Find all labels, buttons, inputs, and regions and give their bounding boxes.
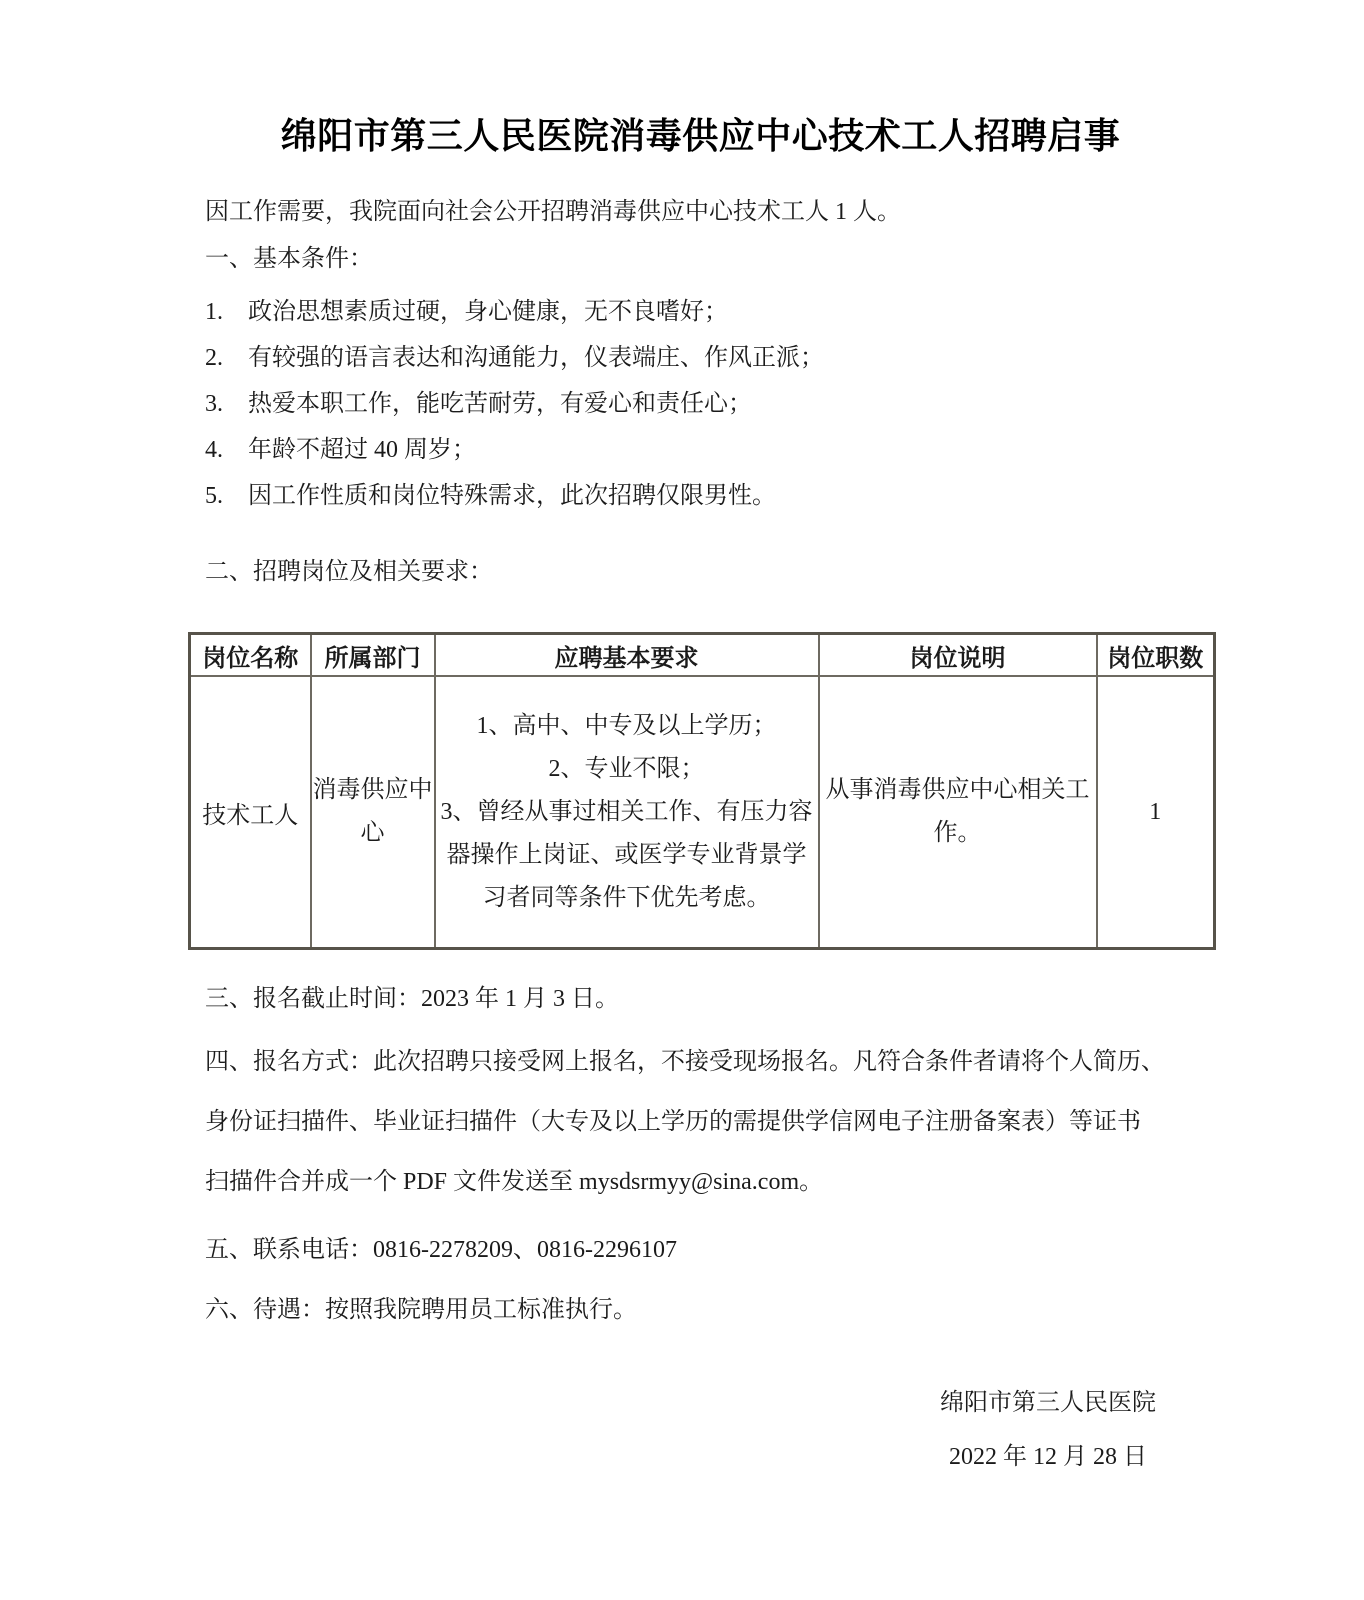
application-line: 四、报名方式：此次招聘只接受网上报名，不接受现场报名。凡符合条件者请将个人简历、: [205, 1032, 1213, 1092]
list-item-number: 2.: [205, 335, 248, 381]
table-row: 技术工人 消毒供应中心 1、高中、中专及以上学历； 2、专业不限； 3、曾经从事…: [190, 676, 1215, 949]
page-title: 绵阳市第三人民医院消毒供应中心技术工人招聘启事: [188, 0, 1213, 160]
application-line: 扫描件合并成一个 PDF 文件发送至 mysdsrmyy@sina.com。: [205, 1152, 1213, 1212]
table-header-row: 岗位名称 所属部门 应聘基本要求 岗位说明 岗位职数: [190, 634, 1215, 677]
list-item-text: 因工作性质和岗位特殊需求，此次招聘仅限男性。: [248, 483, 776, 509]
signature-org: 绵阳市第三人民医院: [898, 1376, 1198, 1430]
list-item-number: 5.: [205, 473, 248, 519]
list-item-text: 年龄不超过 40 周岁；: [248, 437, 476, 463]
basic-conditions-heading: 一、基本条件：: [188, 236, 1213, 282]
basic-conditions-list: 1.政治思想素质过硬，身心健康，无不良嗜好； 2.有较强的语言表达和沟通能力，仪…: [188, 289, 1213, 519]
application-method-paragraph: 四、报名方式：此次招聘只接受网上报名，不接受现场报名。凡符合条件者请将个人简历、…: [188, 1032, 1213, 1212]
cell-requirements: 1、高中、中专及以上学历； 2、专业不限； 3、曾经从事过相关工作、有压力容器操…: [435, 676, 819, 949]
signature-date: 2022 年 12 月 28 日: [898, 1430, 1198, 1484]
list-item-text: 有较强的语言表达和沟通能力，仪表端庄、作风正派；: [248, 345, 824, 371]
positions-table: 岗位名称 所属部门 应聘基本要求 岗位说明 岗位职数 技术工人 消毒供应中心 1…: [188, 632, 1216, 950]
col-header-headcount: 岗位职数: [1097, 634, 1215, 677]
cell-headcount: 1: [1097, 676, 1215, 949]
requirement-item: 3、曾经从事过相关工作、有压力容器操作上岗证、或医学专业背景学习者同等条件下优先…: [436, 791, 818, 920]
deadline-paragraph: 三、报名截止时间：2023 年 1 月 3 日。: [188, 976, 1213, 1022]
col-header-position-name: 岗位名称: [190, 634, 311, 677]
list-item-text: 热爱本职工作，能吃苦耐劳，有爱心和责任心；: [248, 391, 752, 417]
list-item: 2.有较强的语言表达和沟通能力，仪表端庄、作风正派；: [205, 335, 1213, 381]
requirement-item: 1、高中、中专及以上学历；: [436, 705, 818, 748]
document-content: 绵阳市第三人民医院消毒供应中心技术工人招聘启事 因工作需要，我院面向社会公开招聘…: [188, 0, 1213, 1484]
contact-phone-paragraph: 五、联系电话：0816-2278209、0816-2296107: [188, 1220, 1213, 1280]
list-item: 4.年龄不超过 40 周岁；: [205, 427, 1213, 473]
col-header-department: 所属部门: [311, 634, 435, 677]
col-header-description: 岗位说明: [819, 634, 1097, 677]
requirement-item: 2、专业不限；: [436, 748, 818, 791]
cell-description: 从事消毒供应中心相关工作。: [819, 676, 1097, 949]
list-item: 5.因工作性质和岗位特殊需求，此次招聘仅限男性。: [205, 473, 1213, 519]
cell-department: 消毒供应中心: [311, 676, 435, 949]
treatment-paragraph: 六、待遇：按照我院聘用员工标准执行。: [188, 1280, 1213, 1340]
list-item-text: 政治思想素质过硬，身心健康，无不良嗜好；: [248, 299, 728, 325]
col-header-requirements: 应聘基本要求: [435, 634, 819, 677]
application-line: 身份证扫描件、毕业证扫描件（大专及以上学历的需提供学信网电子注册备案表）等证书: [205, 1092, 1213, 1152]
list-item-number: 3.: [205, 381, 248, 427]
list-item-number: 1.: [205, 289, 248, 335]
positions-heading: 二、招聘岗位及相关要求：: [188, 549, 1213, 595]
document-page: 绵阳市第三人民医院消毒供应中心技术工人招聘启事 因工作需要，我院面向社会公开招聘…: [0, 0, 1364, 1600]
list-item: 3.热爱本职工作，能吃苦耐劳，有爱心和责任心；: [205, 381, 1213, 427]
intro-paragraph: 因工作需要，我院面向社会公开招聘消毒供应中心技术工人 1 人。: [188, 189, 1213, 235]
signature-block: 绵阳市第三人民医院 2022 年 12 月 28 日: [898, 1376, 1198, 1484]
list-item: 1.政治思想素质过硬，身心健康，无不良嗜好；: [205, 289, 1213, 335]
cell-position-name: 技术工人: [190, 676, 311, 949]
list-item-number: 4.: [205, 427, 248, 473]
